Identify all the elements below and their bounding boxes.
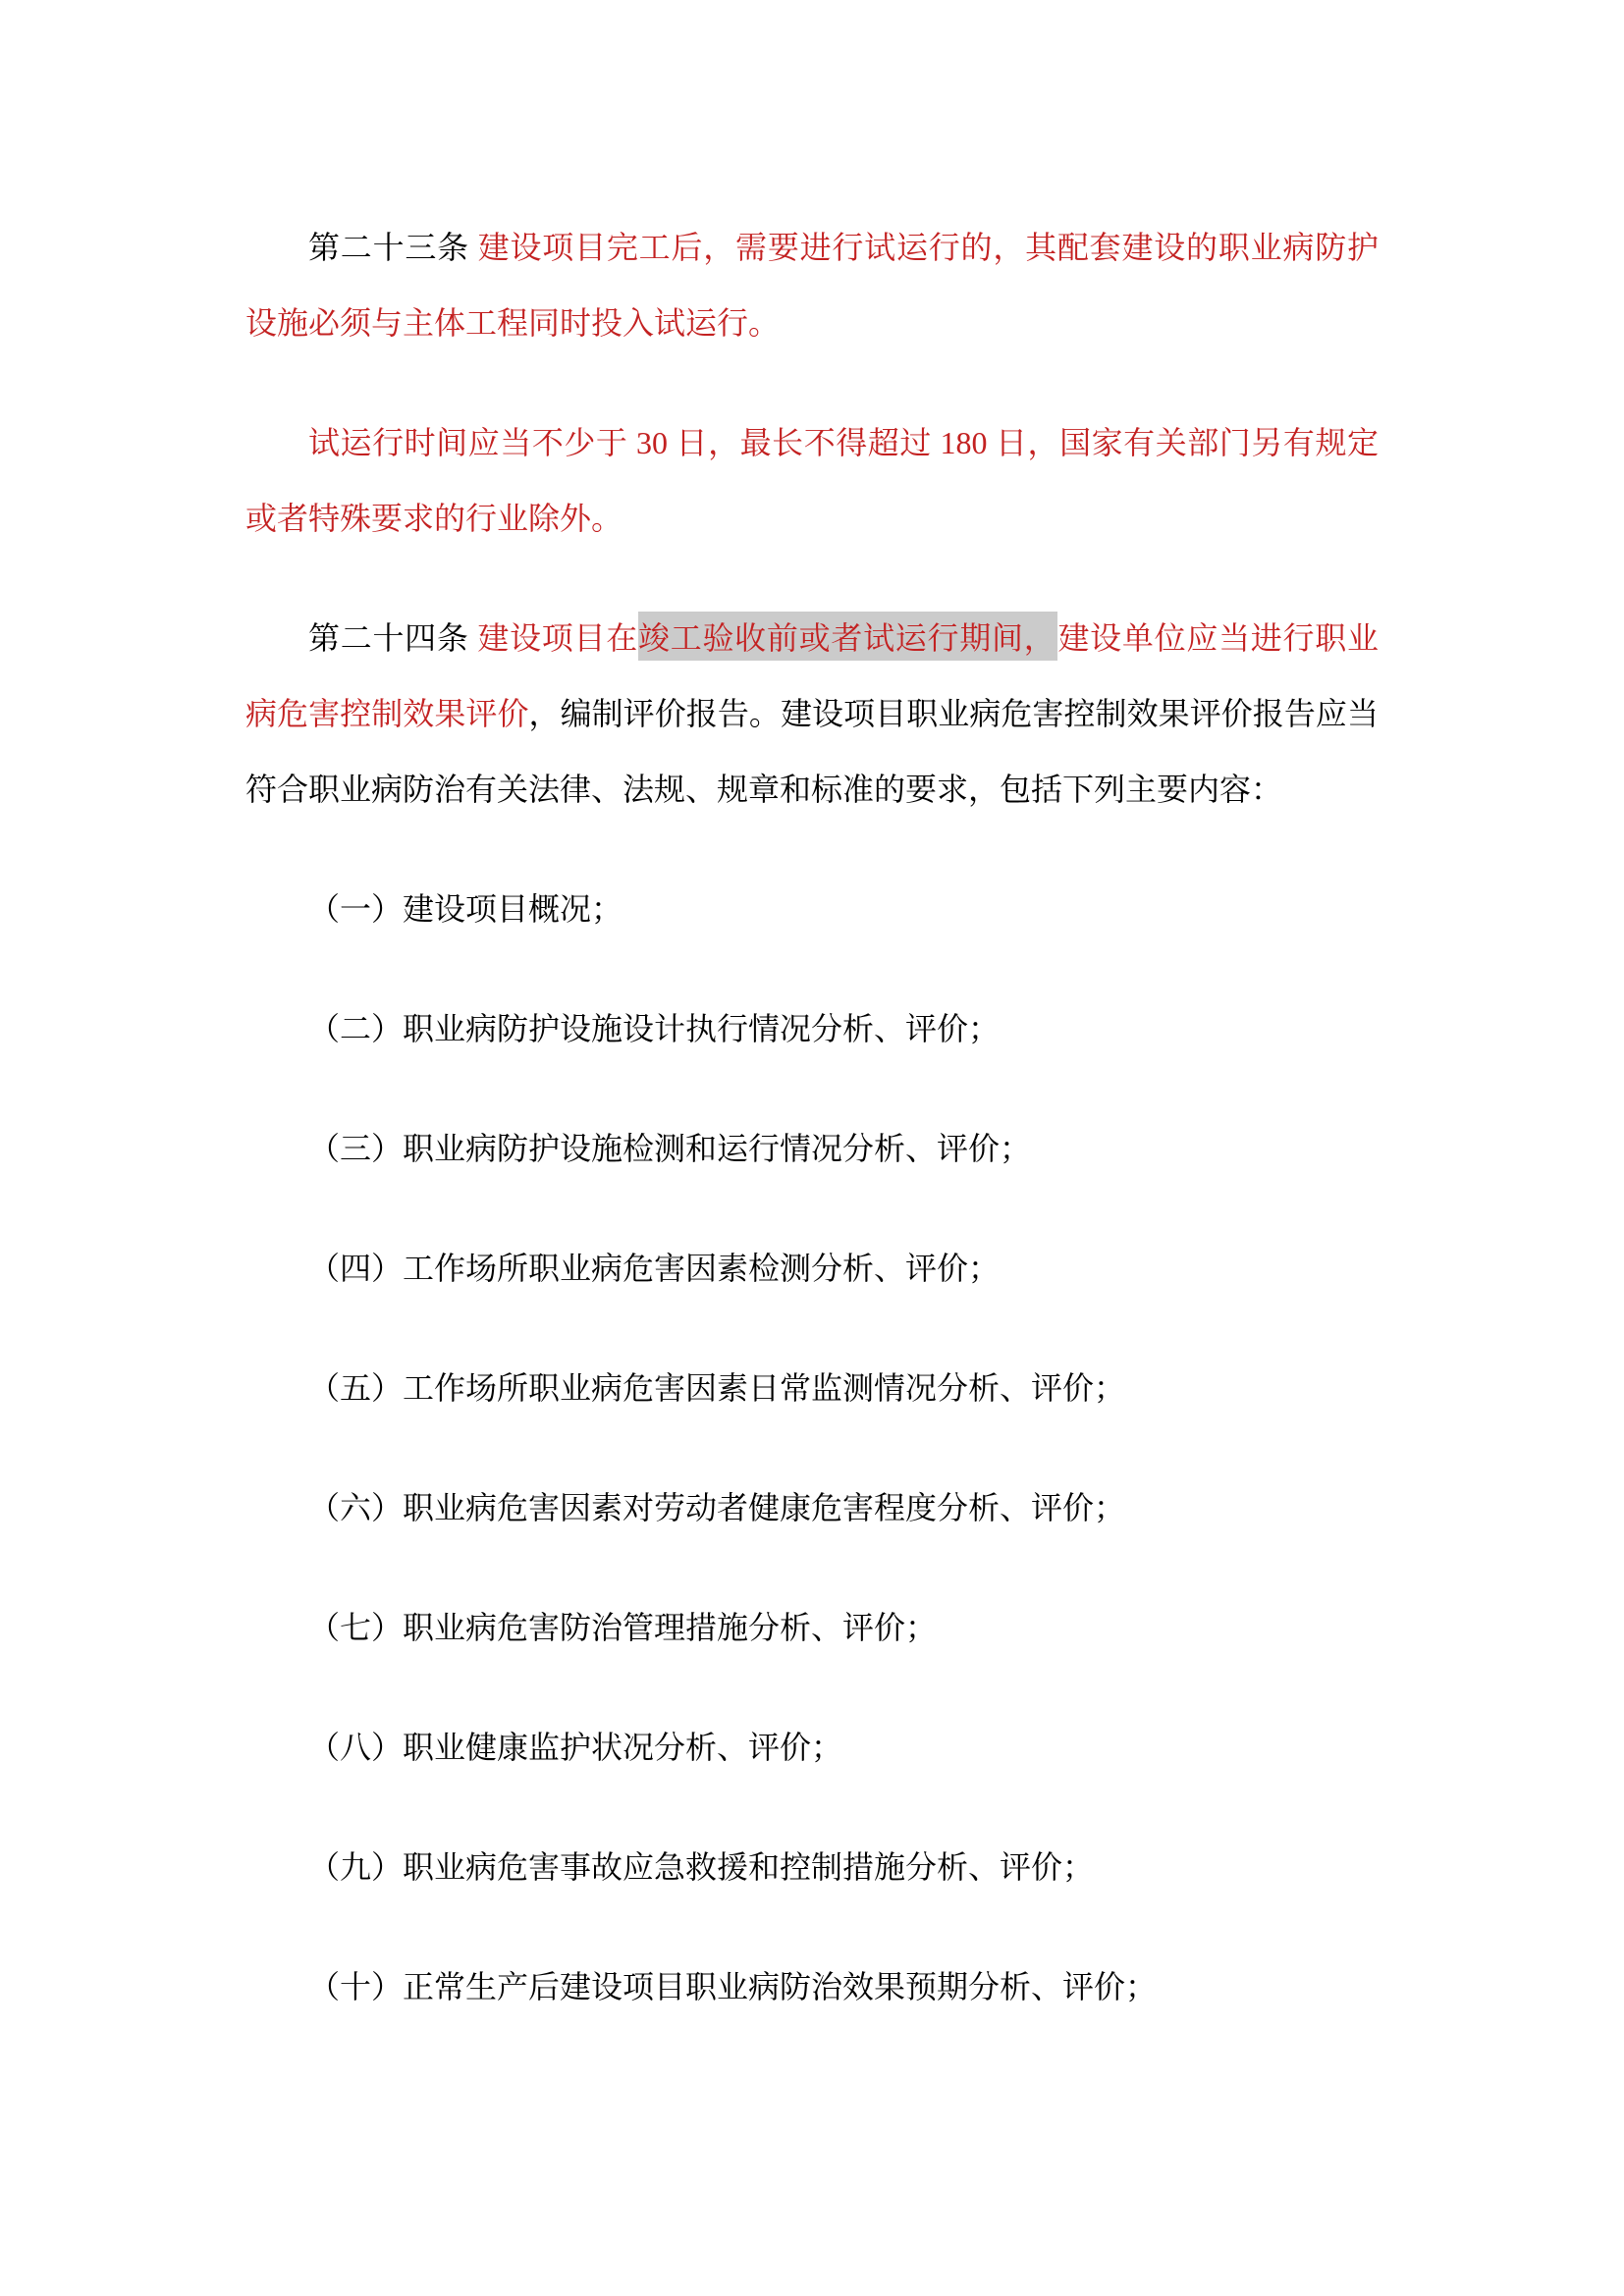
text-segment-normal: （七）职业病危害防治管理措施分析、评价； xyxy=(308,1610,937,1645)
list-item-1: （一）建设项目概况； xyxy=(245,872,1379,947)
text-segment-red: 建设项目在 xyxy=(477,620,638,656)
list-item-2: （二）职业病防护设施设计执行情况分析、评价； xyxy=(245,991,1379,1067)
text-segment-normal: （五）工作场所职业病危害因素日常监测情况分析、评价； xyxy=(308,1370,1125,1406)
list-item-10: （十）正常生产后建设项目职业病防治效果预期分析、评价； xyxy=(245,1949,1379,2025)
list-item-4: （四）工作场所职业病危害因素检测分析、评价； xyxy=(245,1231,1379,1307)
list-item-9: （九）职业病危害事故应急救援和控制措施分析、评价； xyxy=(245,1830,1379,1905)
text-segment-normal: 第二十三条 xyxy=(308,230,478,265)
article-24-paragraph-1: 第二十四条 建设项目在竣工验收前或者试运行期间，建设单位应当进行职业病危害控制效… xyxy=(245,601,1379,828)
text-segment-normal: （二）职业病防护设施设计执行情况分析、评价； xyxy=(308,1011,1000,1046)
text-segment-red-highlight: 竣工验收前或者试运行期间， xyxy=(638,612,1057,661)
article-23-paragraph-2: 试运行时间应当不少于 30 日，最长不得超过 180 日，国家有关部门另有规定或… xyxy=(245,405,1379,557)
text-segment-red: 试运行时间应当不少于 30 日，最长不得超过 180 日，国家有关部门另有规定或… xyxy=(245,425,1379,536)
list-item-6: （六）职业病危害因素对劳动者健康危害程度分析、评价； xyxy=(245,1470,1379,1546)
text-segment-normal: （十）正常生产后建设项目职业病防治效果预期分析、评价； xyxy=(308,1969,1157,2004)
list-item-3: （三）职业病防护设施检测和运行情况分析、评价； xyxy=(245,1111,1379,1187)
text-segment-normal: （四）工作场所职业病危害因素检测分析、评价； xyxy=(308,1251,1000,1286)
document-page: 第二十三条 建设项目完工后，需要进行试运行的，其配套建设的职业病防护设施必须与主… xyxy=(0,0,1624,2296)
text-segment-normal: （三）职业病防护设施检测和运行情况分析、评价； xyxy=(308,1131,1031,1166)
text-segment-normal: 第二十四条 xyxy=(308,620,477,656)
document-content: 第二十三条 建设项目完工后，需要进行试运行的，其配套建设的职业病防护设施必须与主… xyxy=(245,210,1379,2069)
list-item-8: （八）职业健康监护状况分析、评价； xyxy=(245,1710,1379,1786)
text-segment-normal: （六）职业病危害因素对劳动者健康危害程度分析、评价； xyxy=(308,1490,1125,1525)
text-segment-normal: （九）职业病危害事故应急救援和控制措施分析、评价； xyxy=(308,1849,1094,1885)
article-23-paragraph-1: 第二十三条 建设项目完工后，需要进行试运行的，其配套建设的职业病防护设施必须与主… xyxy=(245,210,1379,361)
list-item-5: （五）工作场所职业病危害因素日常监测情况分析、评价； xyxy=(245,1351,1379,1426)
text-segment-normal: （八）职业健康监护状况分析、评价； xyxy=(308,1730,842,1765)
list-item-7: （七）职业病危害防治管理措施分析、评价； xyxy=(245,1590,1379,1666)
text-segment-normal: （一）建设项目概况； xyxy=(308,891,623,927)
